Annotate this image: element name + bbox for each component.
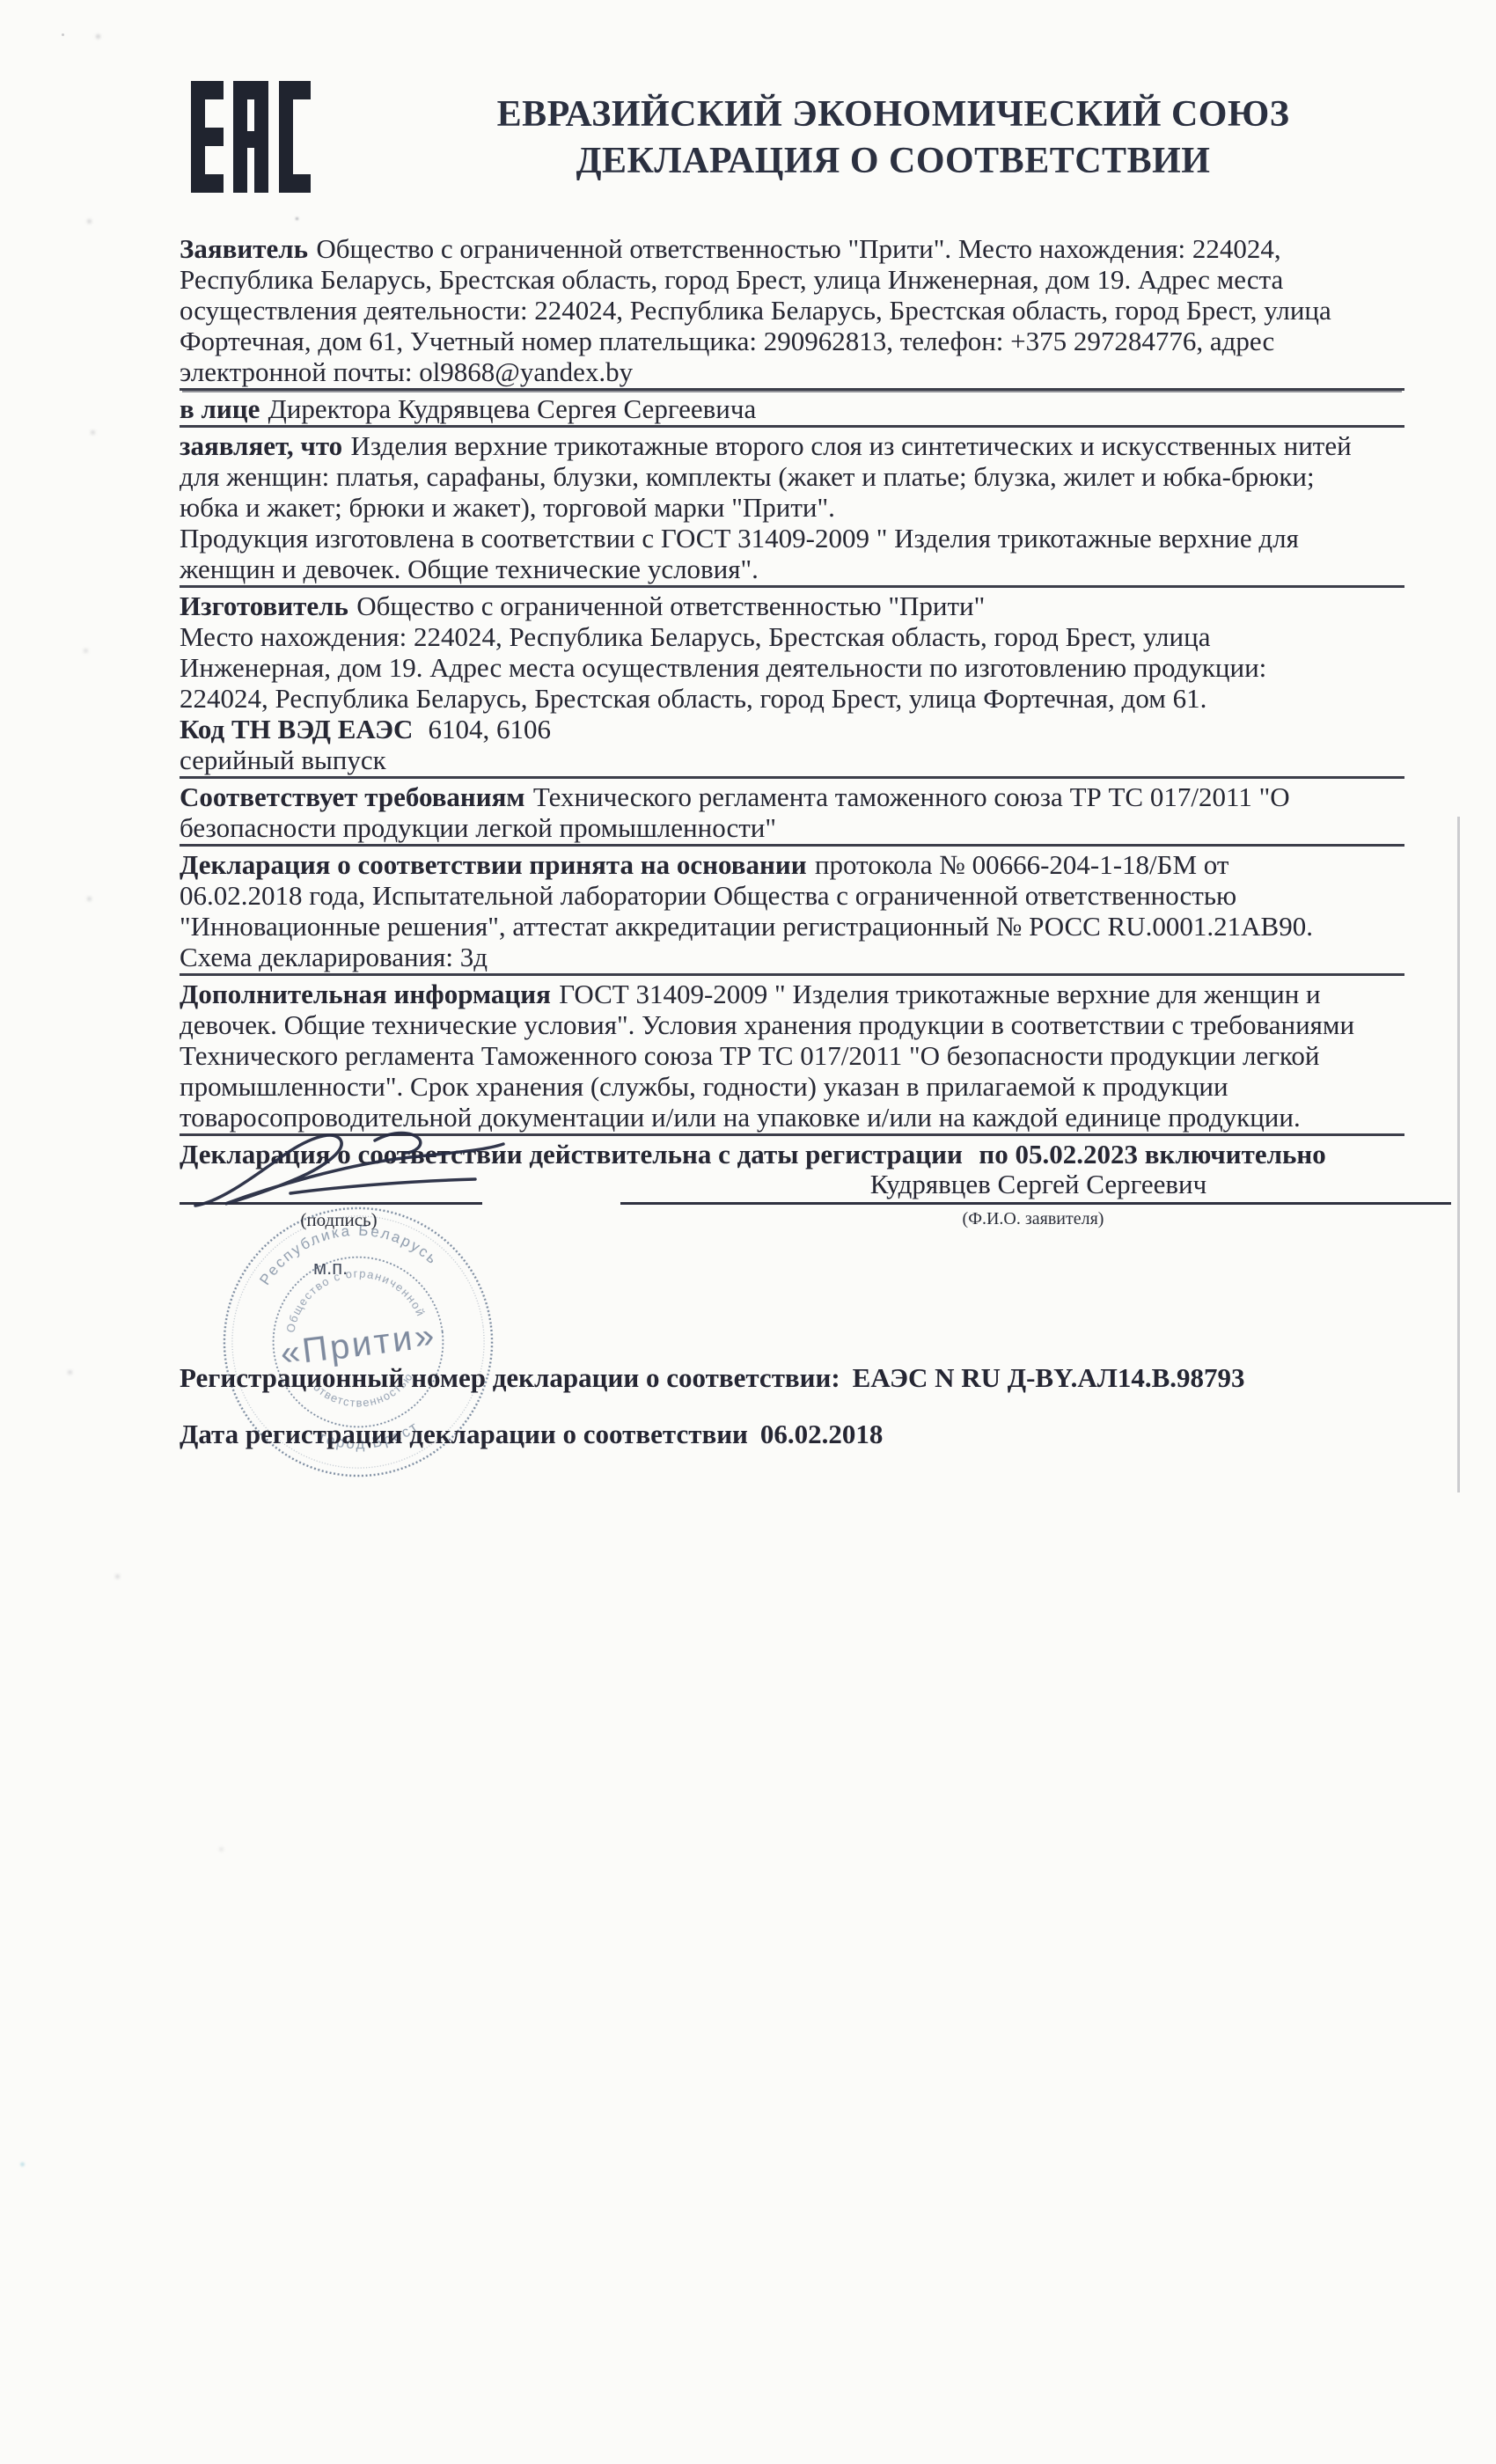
name-line [620,1202,1451,1205]
tnved-code-value: 6104, 6106 [428,714,551,744]
basis-label: Декларация о соответствии принята на осн… [180,849,807,880]
eac-logo-icon [191,81,311,193]
in-person-label: в лице [180,393,260,424]
registration-number-label: Регистрационный номер декларации о соотв… [180,1362,840,1393]
in-person-paragraph: в лицеДиректора Кудрявцева Сергея Сергее… [180,393,1357,424]
manufacturer-name-paragraph: ИзготовительОбщество с ограниченной отве… [180,590,1357,621]
section-manufacturer: ИзготовительОбщество с ограниченной отве… [180,588,1404,779]
section-applicant: ЗаявительОбщество с ограниченной ответст… [180,231,1404,391]
applicant-name: Кудрявцев Сергей Сергеевич [774,1169,1302,1200]
scan-noise-artifact [62,33,64,36]
compliance-paragraph: Соответствует требованиямТехнического ре… [180,781,1357,843]
declares-text: Изделия верхние трикотажные второго слоя… [180,430,1352,523]
declares-label: заявляет, что [180,430,342,461]
in-person-text: Директора Кудрявцева Сергея Сергеевича [268,393,757,424]
declares-paragraph: заявляет, чтоИзделия верхние трикотажные… [180,430,1357,523]
production-type: серийный выпуск [180,744,386,775]
title-line-2: ДЕКЛАРАЦИЯ О СООТВЕТСТВИИ [378,138,1408,185]
declares-gost-paragraph: Продукция изготовлена в соответствии с Г… [180,523,1357,584]
registration-date-line: Дата регистрации декларации о соответств… [180,1419,883,1450]
additional-info-label: Дополнительная информация [180,979,551,1009]
manufacturer-name: Общество с ограниченной ответственностью… [356,590,985,621]
company-stamp-seal: Республика Беларусь город Брест Общество… [202,1186,514,1498]
stamp-place-mark: м.п. [313,1257,348,1280]
registration-number-line: Регистрационный номер декларации о соотв… [180,1362,1245,1394]
section-in-person: в лицеДиректора Кудрявцева Сергея Сергее… [180,391,1404,428]
registration-date-value: 06.02.2018 [760,1419,884,1449]
declaration-document-page: ЕВРАЗИЙСКИЙ ЭКОНОМИЧЕСКИЙ СОЮЗ ДЕКЛАРАЦИ… [0,0,1496,2464]
applicant-text: Общество с ограниченной ответственностью… [180,233,1331,387]
declares-gost-text: Продукция изготовлена в соответствии с Г… [180,523,1299,584]
production-type-paragraph: серийный выпуск [180,744,1357,775]
validity-value: по 05.02.2023 включительно [979,1139,1325,1170]
manufacturer-address: Место нахождения: 224024, Республика Бел… [180,621,1266,714]
manufacturer-address-paragraph: Место нахождения: 224024, Республика Бел… [180,621,1357,714]
registration-number-value: ЕАЭС N RU Д-BY.АЛ14.В.98793 [853,1362,1245,1393]
section-compliance: Соответствует требованиямТехнического ре… [180,779,1404,847]
basis-paragraph: Декларация о соответствии принята на осн… [180,849,1357,972]
scan-line-artifact [1457,817,1460,1492]
applicant-paragraph: ЗаявительОбщество с ограниченной ответст… [180,233,1357,387]
document-body: ЗаявительОбщество с ограниченной ответст… [180,231,1404,1170]
tnved-code-label: Код ТН ВЭД ЕАЭС [180,714,413,744]
compliance-label: Соответствует требованиям [180,781,525,812]
manufacturer-label: Изготовитель [180,590,348,621]
name-caption: (Ф.И.О. заявителя) [857,1209,1209,1229]
additional-info-paragraph: Дополнительная информацияГОСТ 31409-2009… [180,979,1357,1133]
section-additional-info: Дополнительная информацияГОСТ 31409-2009… [180,976,1404,1136]
applicant-label: Заявитель [180,233,308,264]
registration-date-label: Дата регистрации декларации о соответств… [180,1419,748,1449]
handwritten-signature [183,1126,597,1219]
signature-caption: (подпись) [264,1209,414,1231]
manufacturer-code-paragraph: Код ТН ВЭД ЕАЭС6104, 6106 [180,714,1357,744]
document-title: ЕВРАЗИЙСКИЙ ЭКОНОМИЧЕСКИЙ СОЮЗ ДЕКЛАРАЦИ… [378,92,1408,185]
section-declares: заявляет, чтоИзделия верхние трикотажные… [180,428,1404,588]
section-basis: Декларация о соответствии принята на осн… [180,847,1404,976]
title-line-1: ЕВРАЗИЙСКИЙ ЭКОНОМИЧЕСКИЙ СОЮЗ [378,92,1408,138]
